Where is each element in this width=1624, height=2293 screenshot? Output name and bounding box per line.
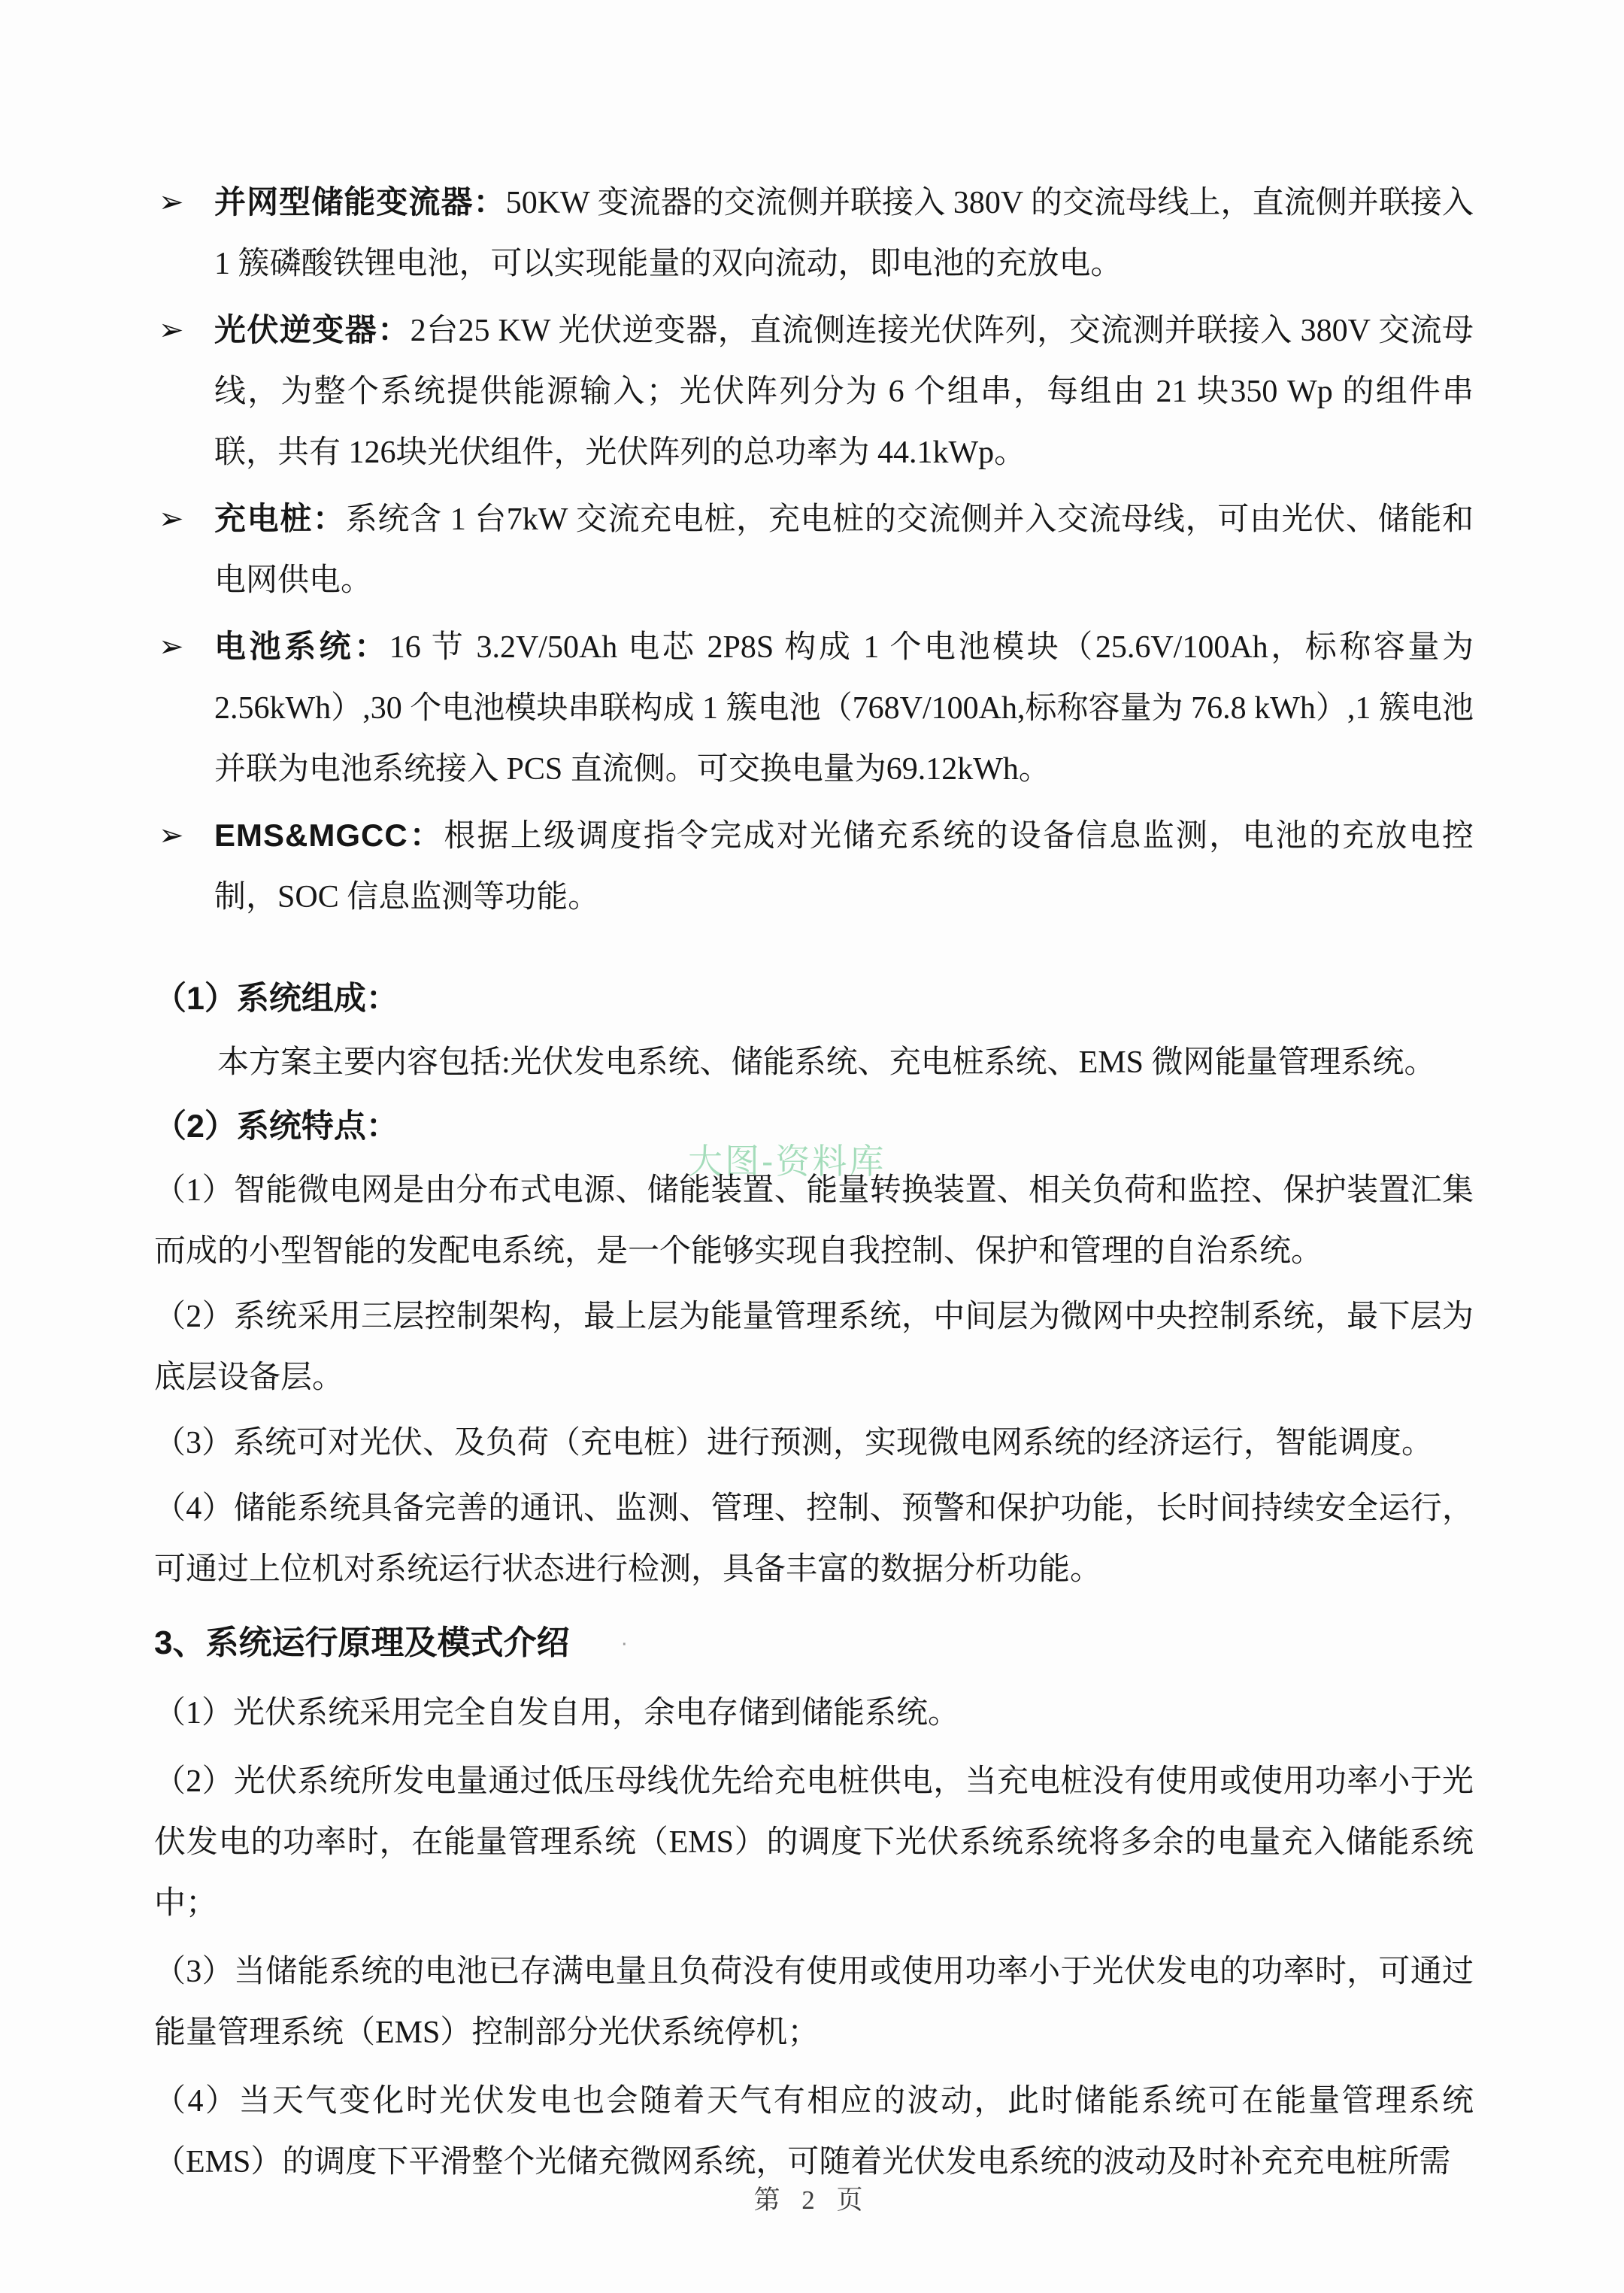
mode-item-4: （4）当天气变化时光伏发电也会随着天气有相应的波动，此时储能系统可在能量管理系统… bbox=[154, 2071, 1474, 2193]
stray-dot-mark: · bbox=[622, 1636, 627, 1653]
feature-item-2: （2）系统采用三层控制架构，最上层为能量管理系统，中间层为微网中央控制系统，最下… bbox=[154, 1287, 1474, 1409]
bullet-head: EMS&MGCC： bbox=[214, 817, 444, 853]
bullet-list: ➢并网型储能变流器：50KW 变流器的交流侧并联接入 380V 的交流母线上，直… bbox=[154, 171, 1474, 928]
bullet-body: 系统含 1 台7kW 交流充电桩，充电桩的交流侧并入交流母线，可由光伏、储能和电… bbox=[214, 502, 1474, 598]
arrow-bullet-icon: ➢ bbox=[159, 172, 184, 233]
bullet-item-pcs: ➢并网型储能变流器：50KW 变流器的交流侧并联接入 380V 的交流母线上，直… bbox=[154, 171, 1474, 295]
arrow-bullet-icon: ➢ bbox=[159, 617, 184, 678]
feature-item-3: （3）系统可对光伏、及负荷（充电桩）进行预测，实现微电网系统的经济运行，智能调度… bbox=[154, 1413, 1474, 1474]
arrow-bullet-icon: ➢ bbox=[159, 805, 184, 866]
bullet-item-ems-mgcc: ➢EMS&MGCC：根据上级调度指令完成对光储充系统的设备信息监测，电池的充放电… bbox=[154, 805, 1474, 928]
arrow-bullet-icon: ➢ bbox=[159, 300, 184, 361]
feature-item-4: （4）储能系统具备完善的通讯、监测、管理、控制、预警和保护功能，长时间持续安全运… bbox=[154, 1479, 1474, 1600]
heading-operation-modes-text: 3、系统运行原理及模式介绍 bbox=[154, 1624, 569, 1661]
heading-system-composition: （1）系统组成： bbox=[154, 969, 1474, 1030]
bullet-item-battery-system: ➢电池系统：16 节 3.2V/50Ah 电芯 2P8S 构成 1 个电池模块（… bbox=[154, 616, 1474, 800]
document-page: ➢并网型储能变流器：50KW 变流器的交流侧并联接入 380V 的交流母线上，直… bbox=[0, 0, 1624, 2293]
heading-operation-modes: 3、系统运行原理及模式介绍· bbox=[154, 1612, 1474, 1676]
mode-item-2: （2）光伏系统所发电量通过低压母线优先给充电桩供电，当充电桩没有使用或使用功率小… bbox=[154, 1752, 1474, 1934]
bullet-item-charging-pile: ➢充电桩：系统含 1 台7kW 交流充电桩，充电桩的交流侧并入交流母线，可由光伏… bbox=[154, 488, 1474, 611]
bullet-item-pv-inverter: ➢光伏逆变器：2台25 KW 光伏逆变器，直流侧连接光伏阵列，交流测并联接入 3… bbox=[154, 299, 1474, 484]
document-content: ➢并网型储能变流器：50KW 变流器的交流侧并联接入 380V 的交流母线上，直… bbox=[154, 171, 1474, 2200]
arrow-bullet-icon: ➢ bbox=[159, 489, 184, 550]
page-number: 第 2 页 bbox=[0, 2179, 1624, 2217]
bullet-head: 电池系统： bbox=[214, 629, 389, 664]
feature-item-1: （1）智能微电网是由分布式电源、储能装置、能量转换装置、相关负荷和监控、保护装置… bbox=[154, 1160, 1474, 1282]
bullet-head: 光伏逆变器： bbox=[214, 312, 411, 347]
mode-item-3: （3）当储能系统的电池已存满电量且负荷没有使用或使用功率小于光伏发电的功率时，可… bbox=[154, 1942, 1474, 2064]
bullet-head: 充电桩： bbox=[214, 501, 346, 536]
feature-1-pre: （1）智能微电网是由分布式电源、储能 bbox=[154, 1173, 710, 1208]
blank-line bbox=[154, 933, 1474, 969]
paragraph-system-composition: 本方案主要内容包括:光伏发电系统、储能系统、充电桩系统、EMS 微网能量管理系统… bbox=[154, 1033, 1474, 1093]
bullet-body: 16 节 3.2V/50Ah 电芯 2P8S 构成 1 个电池模块（25.6V/… bbox=[214, 630, 1474, 787]
feature-1-watermarked-segment: 装置、能量转 bbox=[710, 1173, 901, 1208]
mode-item-1: （1）光伏系统采用完全自发自用，余电存储到储能系统。 bbox=[154, 1683, 1474, 1744]
heading-system-features: （2）系统特点： bbox=[154, 1096, 1474, 1157]
bullet-head: 并网型储能变流器： bbox=[214, 184, 506, 220]
